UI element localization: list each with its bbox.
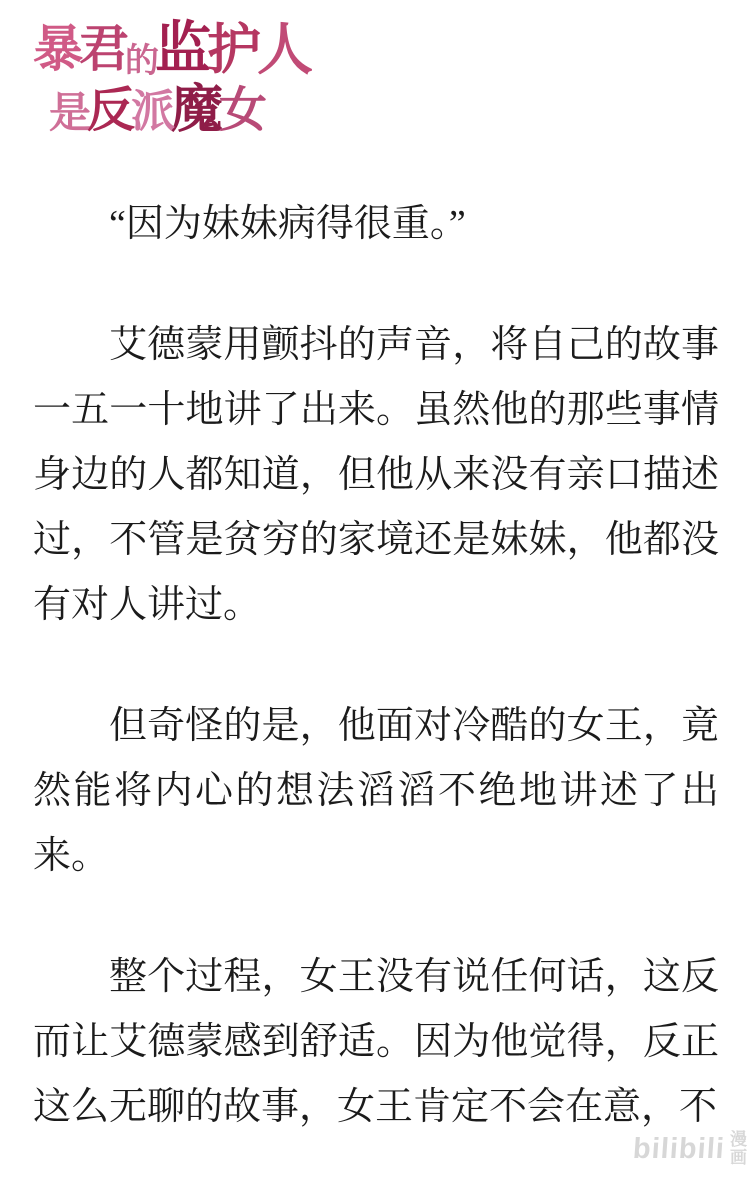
series-logo-line-1: 暴君的监护人	[33, 12, 309, 82]
series-logo-char: 的	[125, 44, 157, 78]
manga-label-char-1: 漫	[730, 1131, 747, 1149]
paragraph: 艾德蒙用颤抖的声音，将自己的故事一五一十地讲了出来。虽然他的那些事情身边的人都知…	[33, 313, 719, 638]
paragraph-dialogue: “因为妹妹病得很重。”	[33, 192, 719, 257]
series-logo-line-2: 是反派魔女	[33, 84, 309, 136]
paragraph: 整个过程，女王没有说任何话，这反而让艾德蒙感到舒适。因为他觉得，反正这么无聊的故…	[33, 945, 719, 1140]
series-logo-char: 监	[155, 20, 209, 76]
series-logo-char: 护	[207, 22, 259, 76]
paragraph: 但奇怪的是，他面对冷酷的女王，竟然能将内心的想法滔滔不绝地讲述了出来。	[33, 694, 719, 889]
bilibili-logo-text: bilibili	[632, 1135, 726, 1164]
bilibili-manga-watermark: bilibili 漫 画	[633, 1131, 747, 1167]
novel-text: “因为妹妹病得很重。” 艾德蒙用颤抖的声音，将自己的故事一五一十地讲了出来。虽然…	[33, 192, 719, 1191]
series-logo-char: 派	[131, 90, 173, 134]
series-logo-char: 女	[219, 86, 265, 134]
manga-label-char-2: 画	[730, 1149, 747, 1167]
series-logo-char: 反	[87, 86, 133, 134]
series-logo: 暴君的监护人 是反派魔女	[33, 12, 309, 136]
series-logo-char: 魔	[171, 84, 221, 136]
series-logo-char: 人	[257, 22, 311, 78]
series-logo-char: 暴	[33, 24, 81, 74]
page: { "page": { "background": "#ffffff", "te…	[0, 0, 753, 1191]
series-logo-char: 君	[79, 24, 127, 74]
series-logo-char: 是	[49, 92, 89, 134]
manga-label: 漫 画	[730, 1131, 747, 1167]
